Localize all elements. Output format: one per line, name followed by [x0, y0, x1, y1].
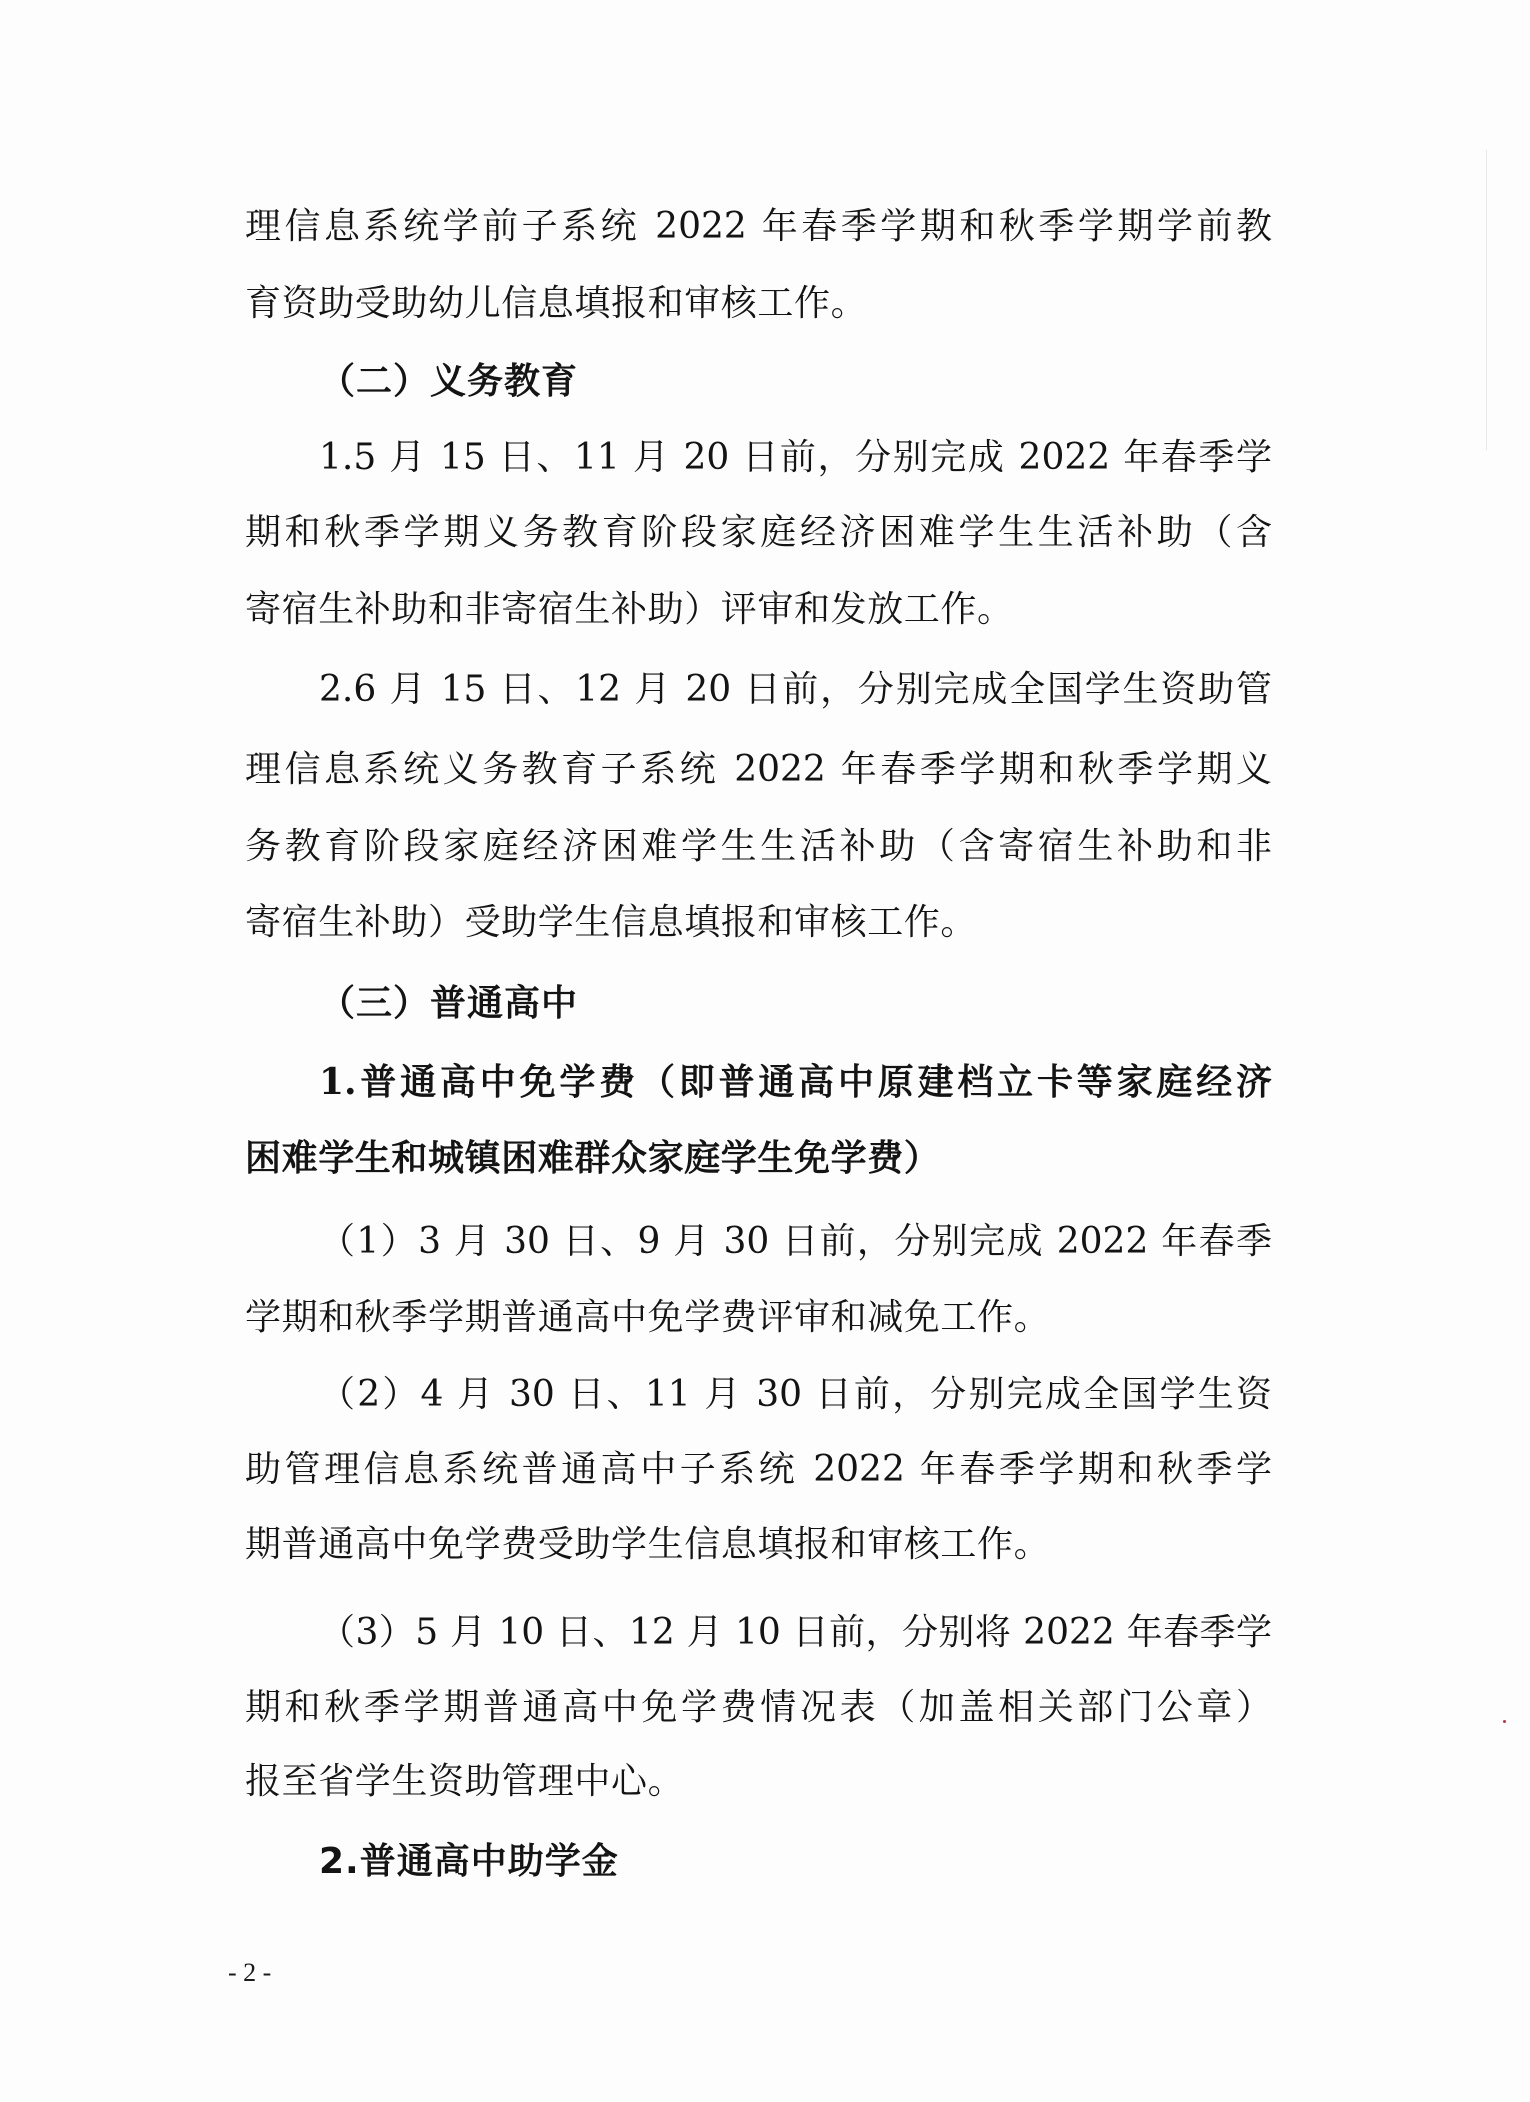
subsection-heading-tuition-exemption-cont: 困难学生和城镇困难群众家庭学生免学费）	[245, 1133, 1272, 1183]
page-number: - 2 -	[228, 1956, 271, 1990]
body-text-line: 期和秋季学期义务教育阶段家庭经济困难学生生活补助（含	[245, 508, 1272, 558]
body-text-line: 育资助受助幼儿信息填报和审核工作。	[245, 279, 1272, 329]
body-text-line: 2.6 月 15 日、12 月 20 日前，分别完成全国学生资助管	[319, 665, 1272, 715]
body-text-line: 寄宿生补助）受助学生信息填报和审核工作。	[245, 898, 1272, 948]
subsection-heading-stipend: 2.普通高中助学金	[319, 1837, 1272, 1887]
body-text-line: 寄宿生补助和非寄宿生补助）评审和发放工作。	[245, 585, 1272, 635]
body-text-line: 期普通高中免学费受助学生信息填报和审核工作。	[245, 1520, 1272, 1570]
scan-artifact-dot	[1503, 1720, 1506, 1723]
body-text-line: 期和秋季学期普通高中免学费情况表（加盖相关部门公章）	[245, 1683, 1272, 1733]
body-text-line: 务教育阶段家庭经济困难学生生活补助（含寄宿生补助和非	[245, 822, 1272, 872]
body-text-line: （3）5 月 10 日、12 月 10 日前，分别将 2022 年春季学	[319, 1608, 1272, 1658]
body-text-line: 学期和秋季学期普通高中免学费评审和减免工作。	[245, 1293, 1272, 1343]
body-text-line: （2）4 月 30 日、11 月 30 日前，分别完成全国学生资	[319, 1370, 1272, 1420]
body-text-line: 理信息系统义务教育子系统 2022 年春季学期和秋季学期义	[245, 745, 1272, 795]
subsection-heading-tuition-exemption: 1.普通高中免学费（即普通高中原建档立卡等家庭经济	[319, 1057, 1272, 1107]
section-heading-high-school: （三）普通高中	[319, 978, 1272, 1028]
body-text-line: 助管理信息系统普通高中子系统 2022 年春季学期和秋季学	[245, 1445, 1272, 1495]
body-text-line: （1）3 月 30 日、9 月 30 日前，分别完成 2022 年春季	[319, 1217, 1272, 1267]
body-text-line: 1.5 月 15 日、11 月 20 日前，分别完成 2022 年春季学	[319, 433, 1272, 483]
body-text-line: 理信息系统学前子系统 2022 年春季学期和秋季学期学前教	[245, 202, 1272, 252]
document-page: 理信息系统学前子系统 2022 年春季学期和秋季学期学前教 育资助受助幼儿信息填…	[0, 0, 1530, 2102]
body-text-line: 报至省学生资助管理中心。	[245, 1757, 1272, 1807]
scan-artifact-line	[1486, 150, 1487, 450]
section-heading-compulsory-education: （二）义务教育	[319, 356, 1272, 406]
